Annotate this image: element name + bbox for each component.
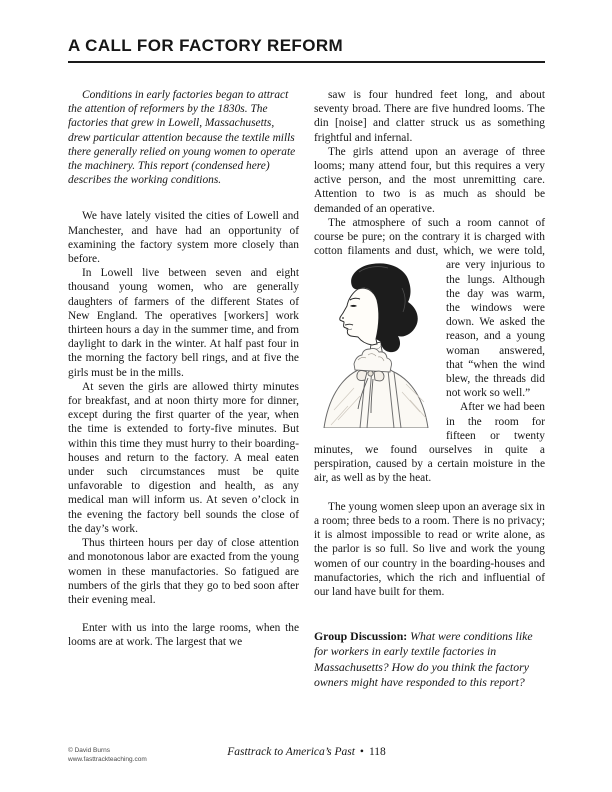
page-title: A CALL FOR FACTORY REFORM <box>68 36 545 63</box>
footer-book-title-line: Fasttrack to America’s Past•118 <box>68 746 545 758</box>
paragraph-visit: We have lately visited the cities of Low… <box>68 209 299 266</box>
paragraph-meals: At seven the girls are allowed thirty mi… <box>68 380 299 536</box>
two-column-body: Conditions in early factories began to a… <box>68 88 545 690</box>
left-column: Conditions in early factories began to a… <box>68 88 299 690</box>
paragraph-enter-rooms: Enter with us into the large rooms, when… <box>68 621 299 649</box>
page-footer: © David Burns www.fasttrackteaching.com … <box>68 744 545 766</box>
page-number: 118 <box>369 746 386 758</box>
intro-italic-paragraph: Conditions in early factories began to a… <box>68 88 299 187</box>
book-title: Fasttrack to America’s Past <box>227 746 355 758</box>
paragraph-atmosphere: The atmosphere of such a room cannot of … <box>314 216 545 401</box>
group-discussion-label: Group Discussion: <box>314 629 407 643</box>
paragraph-sleeping: The young women sleep upon an average si… <box>314 500 545 599</box>
right-column: saw is four hundred feet long, and about… <box>314 88 545 690</box>
paragraph-atmosphere-text-2: were told, are very injurious to the lun… <box>446 245 545 399</box>
page-content: A CALL FOR FACTORY REFORM Conditions in … <box>68 36 545 690</box>
paragraph-lowell-women: In Lowell live between seven and eight t… <box>68 266 299 380</box>
group-discussion-block: Group Discussion: What were conditions l… <box>314 629 545 690</box>
document-page: A CALL FOR FACTORY REFORM Conditions in … <box>0 0 612 792</box>
footer-separator: • <box>355 746 369 758</box>
paragraph-room-size: saw is four hundred feet long, and about… <box>314 88 545 145</box>
paragraph-thirteen-hours: Thus thirteen hours per day of close att… <box>68 536 299 607</box>
intro-text: Conditions in early factories began to a… <box>68 89 295 186</box>
young-woman-profile-illustration <box>314 260 436 428</box>
paragraph-looms: The girls attend upon an average of thre… <box>314 145 545 216</box>
